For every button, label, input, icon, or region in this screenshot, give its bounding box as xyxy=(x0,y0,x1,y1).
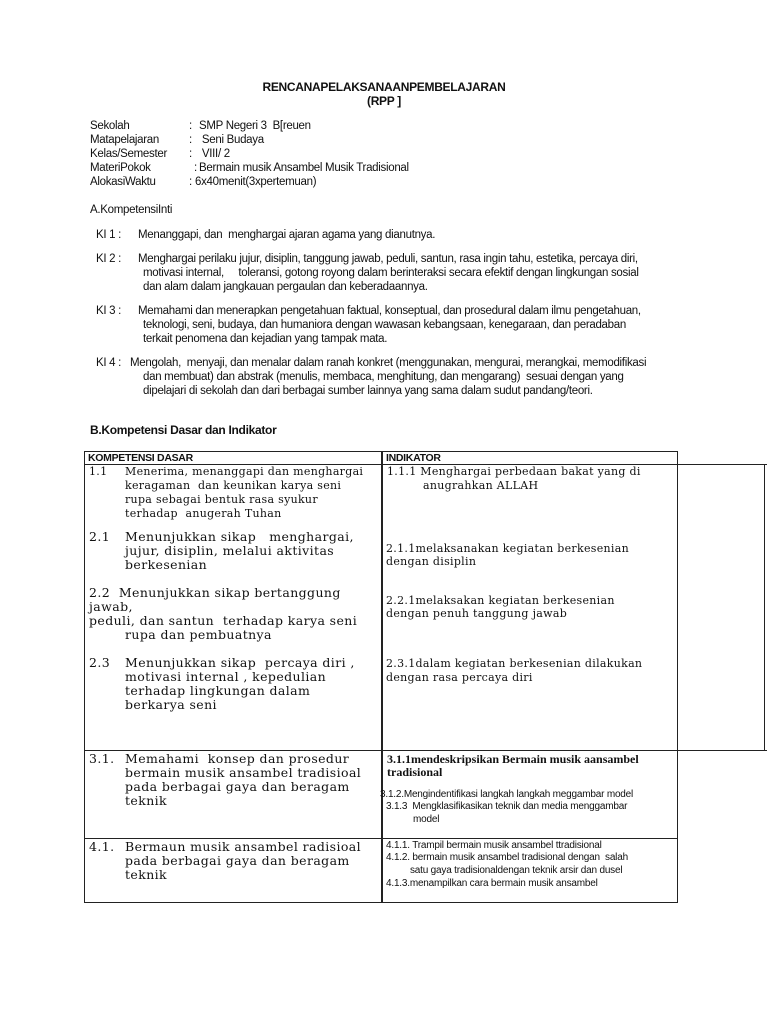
indicator-text: 4.1.3.menampilkan cara bermain musik ans… xyxy=(386,878,598,889)
table-border xyxy=(381,451,383,902)
indicator-text: 4.1.2. bermain musik ansambel tradisiona… xyxy=(386,852,628,863)
indicator-text: 2.1.1melaksanakan kegiatan berkesenian xyxy=(386,542,629,556)
indicator-text: 4.1.1. Trampil bermain musik ansambel tt… xyxy=(386,840,602,851)
ki-label: KI 4 : xyxy=(96,357,121,369)
kd-number: 4.1. xyxy=(89,840,114,855)
table-border xyxy=(84,902,678,903)
ki-text: motivasi internal, toleransi, gotong roy… xyxy=(143,267,639,281)
ki-label: KI 2 : xyxy=(96,253,121,265)
ki-text: Mengolah, menyaji, dan menalar dalam ran… xyxy=(130,357,646,371)
info-sep: : xyxy=(189,148,192,160)
indicator-text: anugrahkan ALLAH xyxy=(423,479,538,493)
kd-text: rupa sebagai bentuk rasa syukur xyxy=(125,493,318,507)
indicator-text: dengan rasa percaya diri xyxy=(386,671,533,685)
indicator-text: satu gaya tradisionaldengan teknik arsir… xyxy=(410,865,622,876)
kd-number: 1.1 xyxy=(89,465,107,479)
info-value-materi: Bermain musik Ansambel Musik Tradisional xyxy=(199,162,409,174)
header-kompetensi-dasar: KOMPETENSI DASAR xyxy=(88,452,193,464)
indicator-text: 3.1.3 Mengklasifikasikan teknik dan medi… xyxy=(386,801,627,812)
ki-label: KI 3 : xyxy=(96,305,121,317)
table-border xyxy=(677,451,678,902)
kd-text: berkarya seni xyxy=(125,698,217,713)
info-label-alokasi: AlokasiWaktu xyxy=(90,176,156,188)
info-label-matapelajaran: Matapelajaran xyxy=(90,134,159,146)
indicator-text: dengan disiplin xyxy=(386,555,476,569)
indicator-text: 2.2.1melaksakan kegiatan berkesenian xyxy=(386,594,615,608)
ki-text: teknologi, seni, budaya, dan humaniora d… xyxy=(143,319,626,333)
document-title: RENCANAPELAKSANAANPEMBELAJARAN xyxy=(0,80,768,94)
info-value-kelas: VIII/ 2 xyxy=(199,148,230,160)
document-subtitle: (RPP ] xyxy=(0,94,768,108)
ki-text: dan alam dalam jangkauan pergaulan dan k… xyxy=(143,281,428,295)
ki-label: KI 1 : xyxy=(96,229,121,241)
kd-text: terhadap anugerah Tuhan xyxy=(125,507,282,521)
table-border xyxy=(84,451,85,902)
ki-text: Memahami dan menerapkan pengetahuan fakt… xyxy=(138,305,641,319)
kd-text: berkesenian xyxy=(125,558,207,573)
info-label-kelas: Kelas/Semester xyxy=(90,148,167,160)
info-sep: : xyxy=(189,120,192,132)
indicator-text: 3.1.2.Mengindentifikasi langkah langkah … xyxy=(380,789,633,800)
ki-text: dan membuat) dan abstrak (menulis, memba… xyxy=(143,371,624,385)
info-sep: : xyxy=(189,134,192,146)
ki-text: dipelajari di sekolah dan dari berbagai … xyxy=(143,385,593,399)
header-indikator: INDIKATOR xyxy=(386,452,441,464)
info-value-matapelajaran: Seni Budaya xyxy=(199,134,264,146)
kd-number: 2.1 xyxy=(89,530,110,545)
indicator-text: model xyxy=(413,814,439,825)
kd-text: teknik xyxy=(125,868,167,883)
indicator-text: 1.1.1 Menghargai perbedaan bakat yang di xyxy=(387,465,641,479)
info-label-sekolah: Sekolah xyxy=(90,120,129,132)
indicator-text: 2.3.1dalam kegiatan berkesenian dilakuka… xyxy=(386,657,642,671)
ki-text: terkait penomena dan kejadian yang tampa… xyxy=(143,333,387,347)
ki-text: Menghargai perilaku jujur, disiplin, tan… xyxy=(138,253,638,267)
info-sep: : xyxy=(189,176,192,188)
kd-number: 3.1. xyxy=(89,752,114,767)
kd-text: keragaman dan keunikan karya seni xyxy=(125,479,341,493)
info-value-sekolah: SMP Negeri 3 B[reuen xyxy=(199,120,311,132)
section-b-heading: B.Kompetensi Dasar dan Indikator xyxy=(90,423,276,437)
info-value-alokasi: 6x40menit(3xpertemuan) xyxy=(195,176,316,188)
indicator-text: dengan penuh tanggung jawab xyxy=(386,607,567,621)
section-a-heading: A.KompetensiInti xyxy=(90,204,172,216)
kd-text: teknik xyxy=(125,794,167,809)
ki-text: Menanggapi, dan menghargai ajaran agama … xyxy=(138,229,435,243)
kd-number: 2.3 xyxy=(89,656,110,671)
indicator-text: tradisional xyxy=(387,765,442,780)
info-label-materi: MateriPokok xyxy=(90,162,151,174)
kd-text: Menerima, menanggapi dan menghargai xyxy=(125,465,363,479)
kd-text: rupa dan pembuatnya xyxy=(125,628,272,643)
table-border xyxy=(764,464,765,751)
info-sep: : xyxy=(194,162,197,174)
